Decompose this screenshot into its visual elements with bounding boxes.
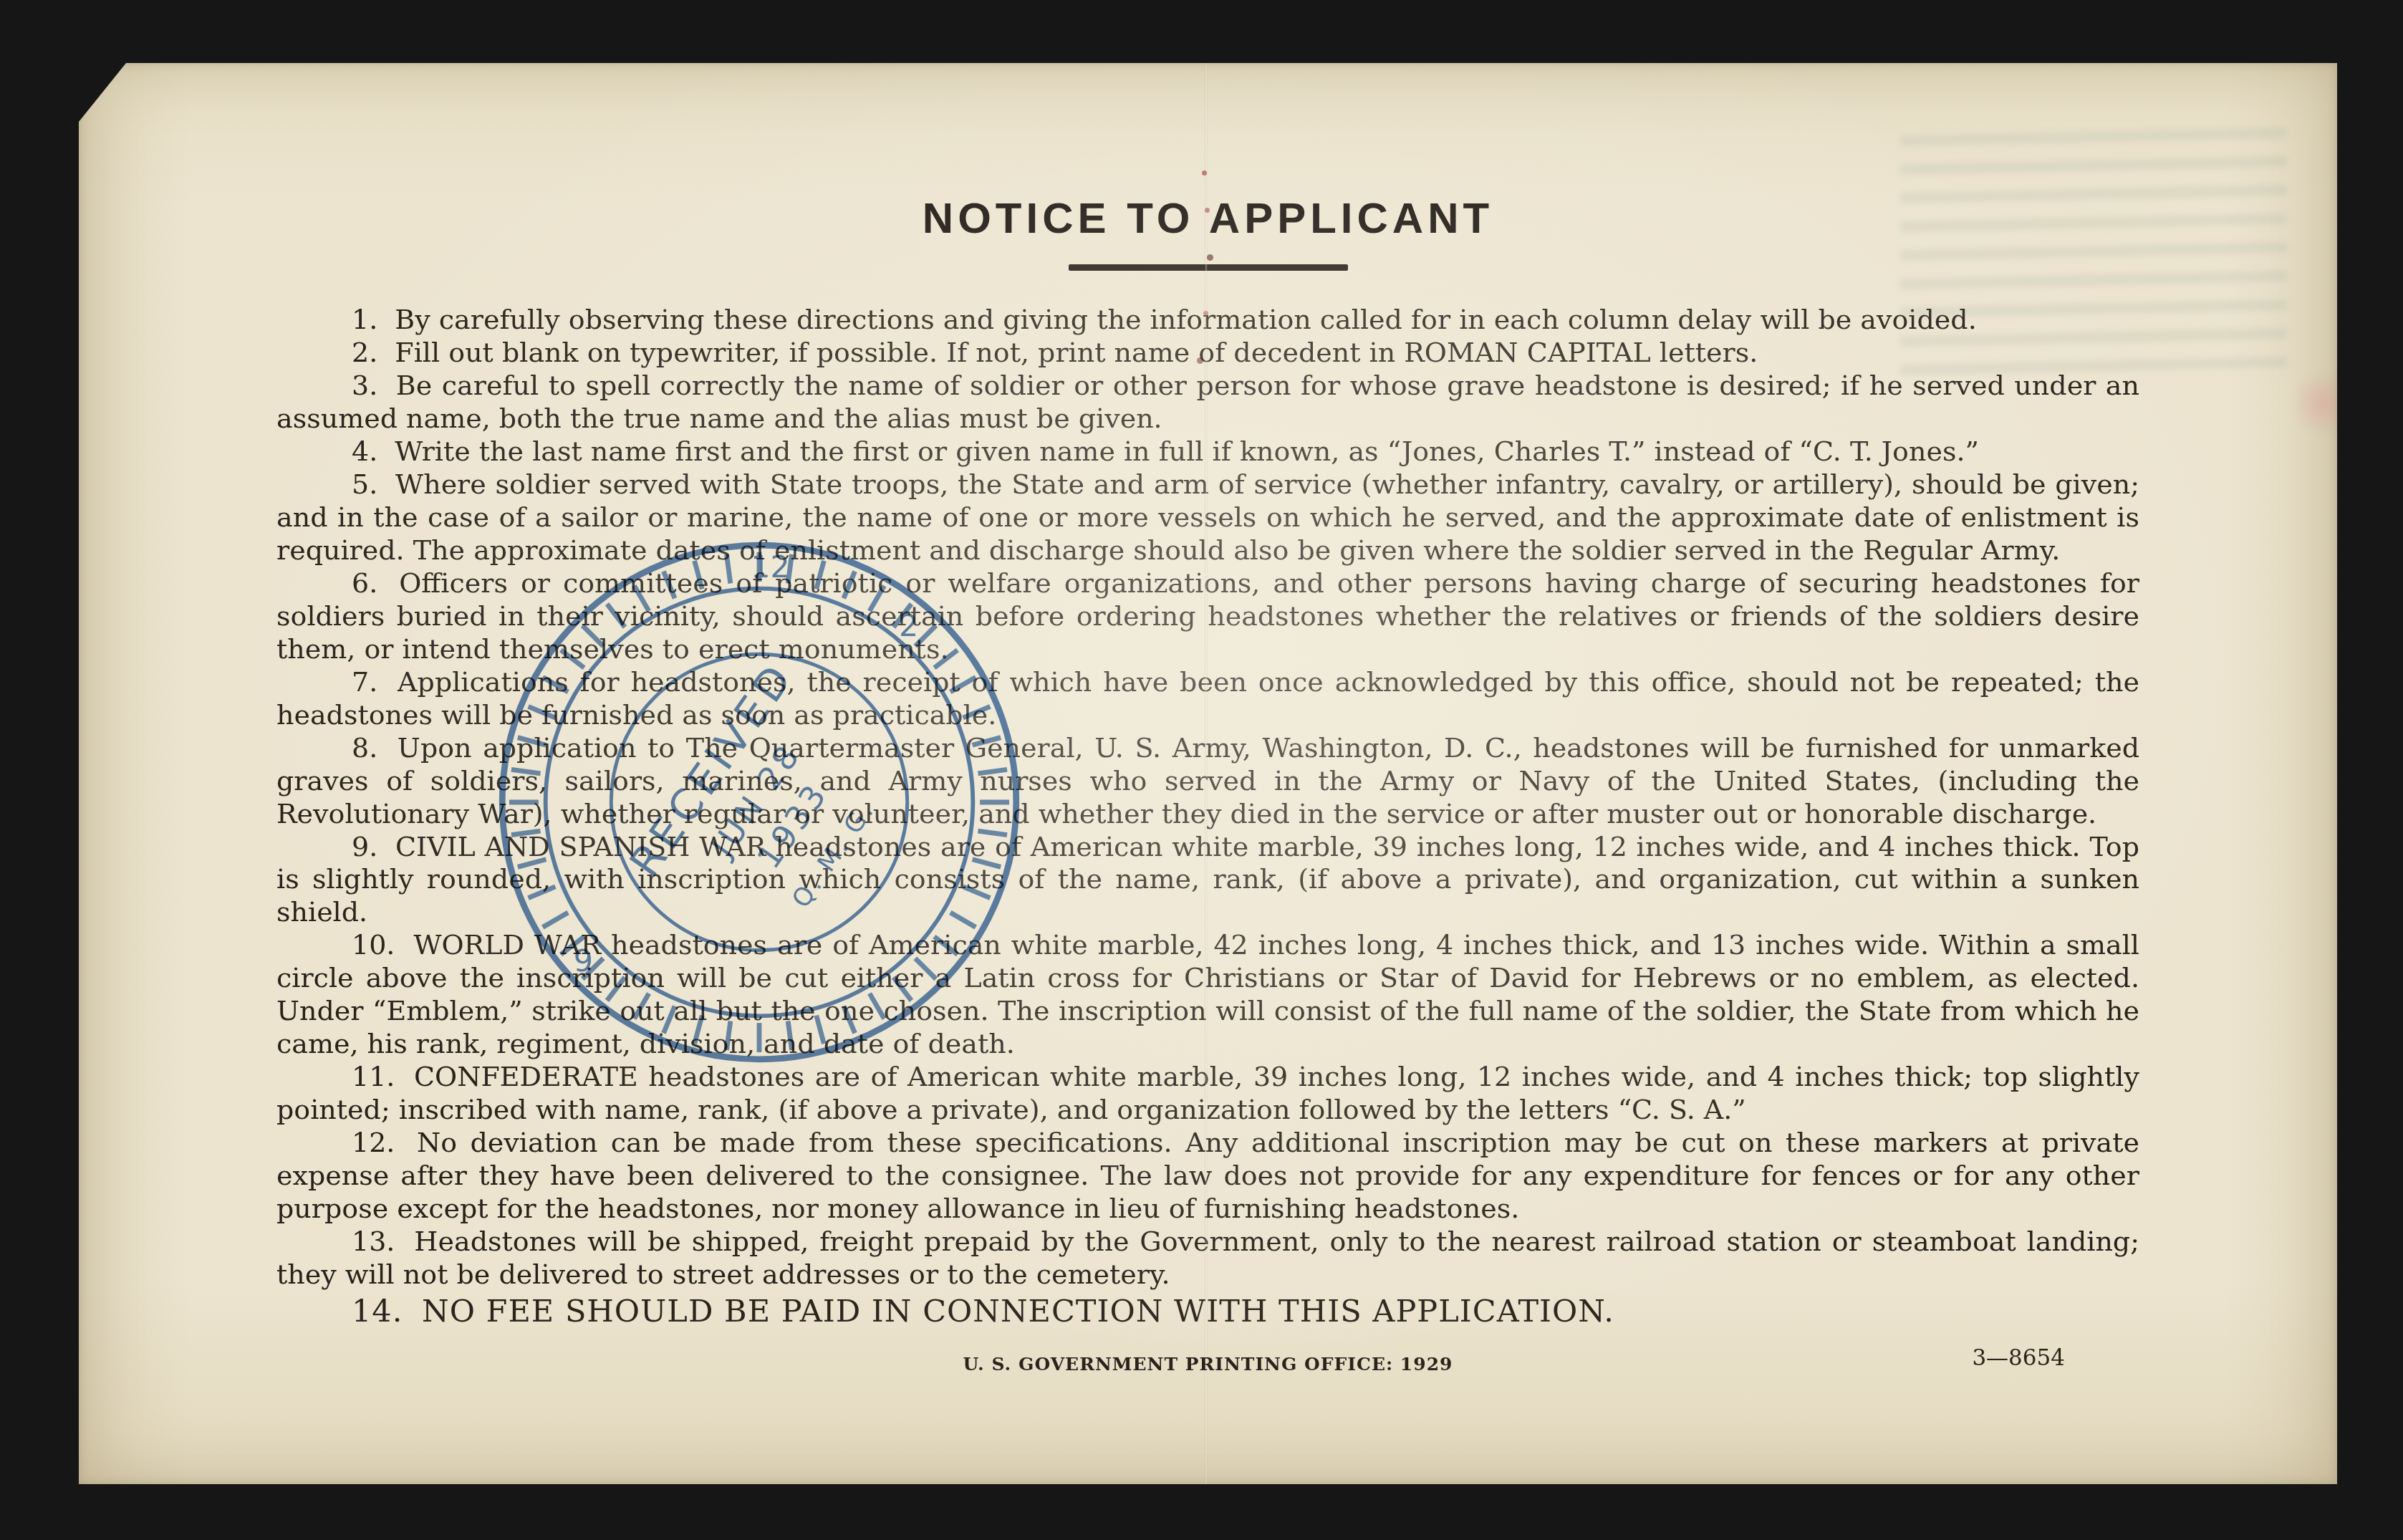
item-number: 1.: [352, 304, 386, 335]
item-number: 13.: [352, 1226, 403, 1257]
pink-smudge: [2297, 364, 2347, 443]
item-number: 12.: [352, 1127, 403, 1158]
page-title: NOTICE TO APPLICANT: [79, 193, 2337, 243]
item-text: Where soldier served with State troops, …: [276, 468, 2139, 566]
item-text: CIVIL AND SPANISH WAR headstones are of …: [276, 831, 2139, 928]
item-number: 5.: [352, 468, 386, 500]
notice-item: 8. Upon application to The Quartermaster…: [276, 732, 2139, 831]
item-number: 4.: [352, 435, 386, 467]
notice-item: 10. WORLD WAR headstones are of American…: [276, 929, 2139, 1061]
item-number: 2.: [352, 337, 386, 368]
notice-item: 6. Officers or committees of patriotic o…: [276, 567, 2139, 666]
notice-item: 13. Headstones will be shipped, freight …: [276, 1226, 2139, 1291]
item-text: Write the last name first and the first …: [386, 435, 1979, 467]
item-text: Officers or committees of patriotic or w…: [276, 567, 2139, 665]
item-text: Upon application to The Quartermaster Ge…: [276, 732, 2139, 829]
item-text: No deviation can be made from these spec…: [276, 1127, 2139, 1224]
ink-specks: [1202, 170, 1207, 175]
item-number: 11.: [352, 1061, 403, 1092]
item-text: NO FEE SHOULD BE PAID IN CONNECTION WITH…: [411, 1294, 1614, 1329]
item-number: 10.: [352, 929, 403, 961]
item-number: 7.: [352, 666, 386, 698]
notice-item: 1. By carefully observing these directio…: [276, 304, 2139, 337]
notice-item: 11. CONFEDERATE headstones are of Americ…: [276, 1061, 2139, 1127]
notice-body: 1. By carefully observing these directio…: [276, 304, 2139, 1330]
notice-item: 7. Applications for headstones, the rece…: [276, 666, 2139, 732]
notice-item: 4. Write the last name first and the fir…: [276, 435, 2139, 468]
item-text: WORLD WAR headstones are of American whi…: [276, 929, 2139, 1059]
item-text: CONFEDERATE headstones are of American w…: [276, 1061, 2139, 1125]
title-rule: [1069, 264, 1348, 271]
item-number: 14.: [352, 1294, 411, 1329]
notice-item: 2. Fill out blank on typewriter, if poss…: [276, 337, 2139, 370]
notice-item: 12. No deviation can be made from these …: [276, 1127, 2139, 1226]
form-number: 3—8654: [1972, 1345, 2065, 1371]
item-number: 6.: [352, 567, 386, 599]
scan-background: NOTICE TO APPLICANT 1. By carefully obse…: [0, 0, 2403, 1540]
item-number: 9.: [352, 831, 386, 862]
item-text: Applications for headstones, the receipt…: [276, 666, 2139, 731]
notice-item: 9. CIVIL AND SPANISH WAR headstones are …: [276, 831, 2139, 930]
item-text: Fill out blank on typewriter, if possibl…: [386, 337, 1758, 368]
folded-corner: [79, 63, 173, 158]
item-text: Be careful to spell correctly the name o…: [276, 370, 2139, 434]
notice-item: 14. NO FEE SHOULD BE PAID IN CONNECTION …: [276, 1293, 2139, 1330]
item-number: 8.: [352, 732, 386, 764]
item-text: By carefully observing these directions …: [386, 304, 1976, 335]
item-text: Headstones will be shipped, freight prep…: [276, 1226, 2139, 1290]
notice-item: 3. Be careful to spell correctly the nam…: [276, 370, 2139, 435]
notice-item: 5. Where soldier served with State troop…: [276, 468, 2139, 567]
document-page: NOTICE TO APPLICANT 1. By carefully obse…: [79, 63, 2337, 1484]
item-number: 3.: [352, 370, 386, 401]
